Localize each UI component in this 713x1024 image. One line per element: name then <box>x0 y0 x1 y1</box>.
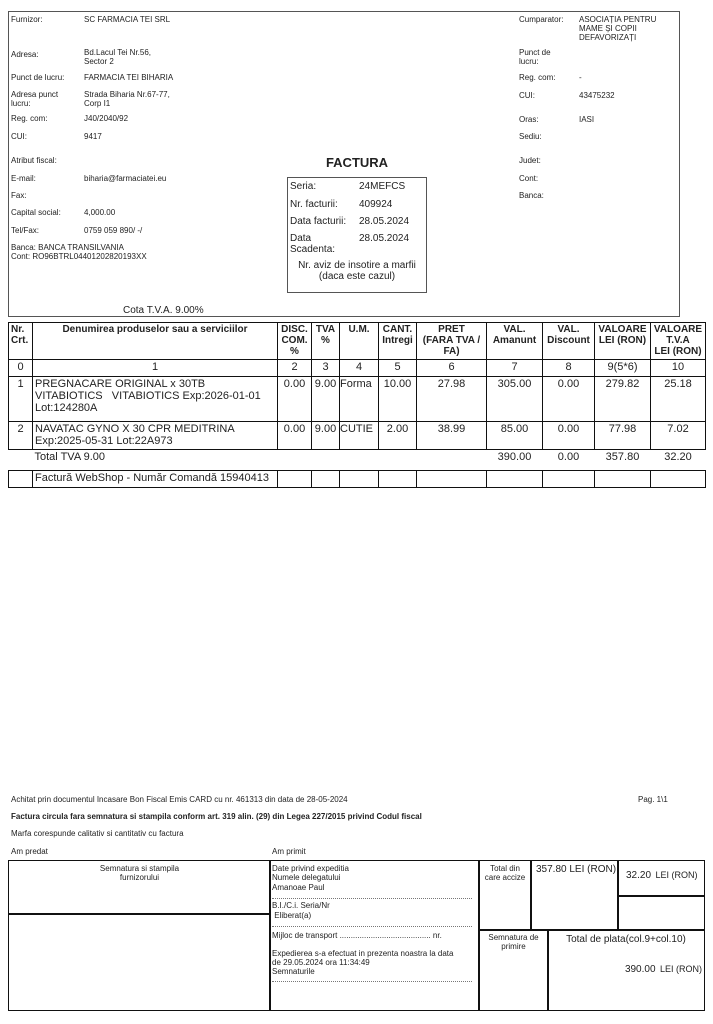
retail-value: 85.00 <box>487 422 543 450</box>
supplier-label: Furnizor: <box>11 15 43 24</box>
issued-label: Eliberat(a) <box>272 911 311 920</box>
value-lei: 77.98 <box>595 422 651 450</box>
index-cell: 4 <box>340 360 379 377</box>
capital-value: 4,000.00 <box>84 208 115 217</box>
index-row: 0 1 2 3 4 5 6 7 8 9(5*6) 10 <box>9 360 706 377</box>
number-label: Nr. facturii: <box>290 199 338 210</box>
col-header: CANT. Intregi <box>379 323 417 360</box>
buyer-cui-value: 43475232 <box>579 91 615 100</box>
total-value: 357.80 <box>595 450 651 469</box>
total-excise-label: Total din care accize <box>479 861 531 882</box>
index-cell: 1 <box>33 360 278 377</box>
table-header: Nr. Crt. Denumirea produselor sau a serv… <box>9 323 706 360</box>
expedition-box: Date privind expeditia Numele delegatulu… <box>269 860 480 1011</box>
receipt-signature-label: Semnatura de primire <box>479 930 548 951</box>
total-vat-box: 32.20 LEI (RON) <box>617 860 705 897</box>
value-lei: 279.82 <box>595 377 651 422</box>
items-table: Nr. Crt. Denumirea produselor sau a serv… <box>8 322 706 488</box>
bank: Banca: BANCA TRANSILVANIA <box>11 243 124 252</box>
col-header: TVA % <box>312 323 340 360</box>
col-header: Denumirea produselor sau a serviciilor <box>33 323 278 360</box>
retail-value: 305.00 <box>487 377 543 422</box>
signatures-line <box>272 975 472 982</box>
buyer-regcom-value: - <box>579 73 582 82</box>
quantity: 2.00 <box>379 422 417 450</box>
table-row: 2 NAVATAC GYNO X 30 CPR MEDITRINA Exp:20… <box>9 422 706 450</box>
index-cell: 10 <box>651 360 706 377</box>
due-label: Data Scadenta: <box>290 233 335 255</box>
unit: Forma <box>340 377 379 422</box>
expedition-title: Date privind expeditia <box>272 864 349 873</box>
capital-label: Capital social: <box>11 208 61 217</box>
vat-percent: 9.00 <box>312 377 340 422</box>
invoice-title: FACTURA <box>287 155 427 170</box>
issued-line <box>272 920 472 927</box>
totals-row: Total TVA 9.00 390.00 0.00 357.80 32.20 <box>9 450 706 469</box>
total-vat-unit: LEI (RON) <box>655 870 697 880</box>
unit: CUTIE <box>340 422 379 450</box>
empty-box <box>617 895 705 931</box>
id-label: B.I./C.i. Seria/Nr <box>272 901 330 910</box>
delegate-label: Numele delegatului <box>272 873 341 882</box>
product-name: PREGNACARE ORIGINAL x 30TB VITABIOTICS V… <box>33 377 278 422</box>
delegate-line <box>272 892 472 899</box>
webshop-row: Factură WebShop - Număr Comandă 15940413 <box>9 471 706 488</box>
index-cell: 8 <box>543 360 595 377</box>
col-header: VAL. Amanunt <box>487 323 543 360</box>
table-row: 1 PREGNACARE ORIGINAL x 30TB VITABIOTICS… <box>9 377 706 422</box>
col-header: Nr. Crt. <box>9 323 33 360</box>
workpoint-value: FARMACIA TEI BIHARIA <box>84 73 173 82</box>
vat-value: 25.18 <box>651 377 706 422</box>
received-label: Am primit <box>272 847 306 856</box>
grand-total-unit: LEI (RON) <box>660 964 702 974</box>
col-header: DISC. COM. % <box>278 323 312 360</box>
series-value: 24MEFCS <box>359 181 405 192</box>
webshop-note: Factură WebShop - Număr Comandă 15940413 <box>33 471 278 488</box>
total-value-box: 357.80 LEI (RON) <box>530 860 619 931</box>
buyer-cui-label: CUI: <box>519 91 535 100</box>
address-value: Bd.Lacul Tei Nr.56, Sector 2 <box>84 48 151 66</box>
buyer-city-label: Oras: <box>519 115 539 124</box>
index-cell: 3 <box>312 360 340 377</box>
index-cell: 6 <box>417 360 487 377</box>
excise-label-box: Total din care accize <box>478 860 532 931</box>
cui-label: CUI: <box>11 132 27 141</box>
fiscal-attr-label: Atribut fiscal: <box>11 156 57 165</box>
page-number: Pag. 1\1 <box>638 795 668 804</box>
price: 27.98 <box>417 377 487 422</box>
tel-label: Tel/Fax: <box>11 226 39 235</box>
buyer-regcom-label: Reg. com: <box>519 73 555 82</box>
col-header: VALOARE T.V.A LEI (RON) <box>651 323 706 360</box>
total-discount: 0.00 <box>543 450 595 469</box>
bank-account: Cont: RO96BTRL04401202820193XX <box>11 252 147 261</box>
date-label: Data facturii: <box>290 216 346 227</box>
price: 38.99 <box>417 422 487 450</box>
index-cell: 7 <box>487 360 543 377</box>
buyer-account-label: Cont: <box>519 174 538 183</box>
total-value-amount: 357.80 LEI (RON) <box>531 861 618 875</box>
supplier-stamp-area <box>8 913 271 1011</box>
supplier-signature-box: Semnatura si stampila furnizorului <box>8 860 271 915</box>
total-vat-amount: 32.20 <box>626 870 651 881</box>
series-label: Seria: <box>290 181 316 192</box>
workpoint-address-label: Adresa punct lucru: <box>11 90 58 108</box>
aviz-note: Nr. aviz de insotire a marfii (daca este… <box>287 260 427 282</box>
email-label: E-mail: <box>11 174 36 183</box>
col-header: VAL. Discount <box>543 323 595 360</box>
legal-note: Factura circula fara semnatura si stampi… <box>11 812 422 821</box>
paid-note: Achitat prin documentul Incasare Bon Fis… <box>11 795 348 804</box>
fax-label: Fax: <box>11 191 27 200</box>
row-number: 2 <box>9 422 33 450</box>
workpoint-label: Punct de lucru: <box>11 73 64 82</box>
receipt-signature-box: Semnatura de primire <box>478 929 549 1011</box>
due-value: 28.05.2024 <box>359 233 409 244</box>
discount-value: 0.00 <box>543 377 595 422</box>
address-label: Adresa: <box>11 50 39 59</box>
quantity: 10.00 <box>379 377 417 422</box>
regcom-label: Reg. com: <box>11 114 47 123</box>
col-header: VALOARE LEI (RON) <box>595 323 651 360</box>
index-cell: 2 <box>278 360 312 377</box>
cui-value: 9417 <box>84 132 102 141</box>
index-cell: 5 <box>379 360 417 377</box>
supplier-signature-label: Semnatura si stampila furnizorului <box>9 861 270 882</box>
email-value: biharia@farmaciatei.eu <box>84 174 166 183</box>
delegate-name: Amanoae Paul <box>272 883 324 892</box>
shipped-note: Expedierea s-a efectuat in prezenta noas… <box>272 949 453 967</box>
handed-label: Am predat <box>11 847 48 856</box>
buyer-city-value: IASI <box>579 115 594 124</box>
total-vat: 32.20 <box>651 450 706 469</box>
total-vat-label: Total TVA 9.00 <box>33 450 487 469</box>
buyer-workpoint-label: Punct de lucru: <box>519 48 551 66</box>
date-value: 28.05.2024 <box>359 216 409 227</box>
buyer-county-label: Judet: <box>519 156 541 165</box>
total-retail: 390.00 <box>487 450 543 469</box>
buyer-label: Cumparator: <box>519 15 563 24</box>
goods-note: Marfa corespunde calitativ si cantitativ… <box>11 829 184 838</box>
disc-com: 0.00 <box>278 422 312 450</box>
product-name: NAVATAC GYNO X 30 CPR MEDITRINA Exp:2025… <box>33 422 278 450</box>
vat-value: 7.02 <box>651 422 706 450</box>
grand-total-amount: 390.00 <box>625 964 656 975</box>
workpoint-address-value: Strada Biharia Nr.67-77, Corp I1 <box>84 90 170 108</box>
supplier-name: SC FARMACIA TEI SRL <box>84 15 170 24</box>
buyer-bank-label: Banca: <box>519 191 544 200</box>
buyer-name: ASOCIAȚIA PENTRU MAME ȘI COPII DEFAVORIZ… <box>579 15 656 42</box>
index-cell: 9(5*6) <box>595 360 651 377</box>
transport-label: Mijloc de transport ....................… <box>272 931 442 940</box>
disc-com: 0.00 <box>278 377 312 422</box>
number-value: 409924 <box>359 199 392 210</box>
grand-total-label: Total de plata(col.9+col.10) <box>548 930 704 945</box>
index-cell: 0 <box>9 360 33 377</box>
buyer-seat-label: Sediu: <box>519 132 542 141</box>
grand-total-box: Total de plata(col.9+col.10) 390.00 LEI … <box>547 929 705 1011</box>
vat-rate: Cota T.V.A. 9.00% <box>123 305 204 316</box>
tel-value: 0759 059 890/ -/ <box>84 226 142 235</box>
regcom-value: J40/2040/92 <box>84 114 128 123</box>
vat-percent: 9.00 <box>312 422 340 450</box>
row-number: 1 <box>9 377 33 422</box>
col-header: U.M. <box>340 323 379 360</box>
col-header: PRET (FARA TVA / FA) <box>417 323 487 360</box>
discount-value: 0.00 <box>543 422 595 450</box>
